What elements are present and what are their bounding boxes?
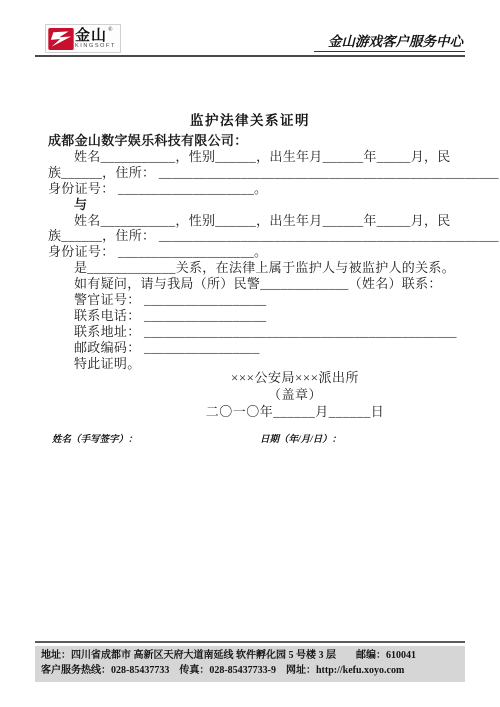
brand-name-en: KINGSOFT — [75, 44, 116, 50]
page-footer: 地址：四川省成都市 高新区天府大道南延线 软件孵化园 5 号楼 3 层 邮编：6… — [35, 641, 465, 682]
form-line: 族______，住所： ____________________________… — [48, 165, 460, 181]
form-lines: 姓名___________，性别______，出生年月______年_____月… — [48, 149, 460, 372]
form-line: 邮政编码： _________________ — [48, 340, 460, 356]
registered-trademark-symbol: ® — [108, 27, 113, 33]
form-line: 与 — [48, 197, 460, 213]
kingsoft-logo-text: 金山 ® KINGSOFT — [75, 28, 116, 50]
stamp-block: ×××公安局×××派出所 （盖章） 二〇一〇年______月______日 — [185, 369, 405, 420]
brand-name-cn: 金山 — [75, 28, 107, 43]
document-title: 监护法律关系证明 — [0, 109, 500, 129]
form-line: 姓名___________，性别______，出生年月______年_____月… — [48, 149, 460, 165]
form-line: 联系地址： __________________________________… — [48, 324, 460, 340]
service-center-title: 金山游戏客户服务中心 — [314, 30, 465, 52]
page-header: 金山 ® KINGSOFT 金山游戏客户服务中心 — [35, 22, 465, 57]
footer-address-line: 地址：四川省成都市 高新区天府大道南延线 软件孵化园 5 号楼 3 层 邮编：6… — [41, 649, 459, 664]
salutation: 成都金山数字娱乐科技有限公司： — [48, 133, 460, 149]
form-line: 警官证号： __________________ — [48, 292, 460, 308]
form-line: 族______，住所： ____________________________… — [48, 228, 460, 244]
form-line: 是_____________关系，在法律上属于监护人与被监护人的关系。 — [48, 260, 460, 276]
form-line: 身份证号： ____________________。 — [48, 181, 460, 197]
kingsoft-logo: 金山 ® KINGSOFT — [45, 24, 121, 53]
document-page: 金山 ® KINGSOFT 金山游戏客户服务中心 监护法律关系证明 成都金山数字… — [0, 0, 500, 707]
kingsoft-logo-icon — [48, 28, 74, 50]
signature-date-label: 日期（年/月/日）： — [260, 431, 341, 445]
footer-box: 地址：四川省成都市 高新区天府大道南延线 软件孵化园 5 号楼 3 层 邮编：6… — [35, 646, 465, 682]
stamp-office: ×××公安局×××派出所 — [185, 369, 405, 386]
form-line: 联系电话： __________________ — [48, 308, 460, 324]
document-content: 成都金山数字娱乐科技有限公司： 姓名___________，性别______，出… — [48, 133, 460, 372]
signature-name-label: 姓名（手写签字）： — [52, 431, 138, 445]
form-line: 姓名___________，性别______，出生年月______年_____月… — [48, 213, 460, 229]
stamp-seal-label: （盖章） — [185, 386, 405, 403]
footer-contact-line: 客户服务热线：028-85437733 传真：028-85437733-9 网址… — [41, 664, 459, 679]
stamp-date-line: 二〇一〇年______月______日 — [185, 403, 405, 420]
form-line: 身份证号： ____________________。 — [48, 244, 460, 260]
form-line: 如有疑问，请与我局（所）民警_____________（姓名）联系： — [48, 276, 460, 292]
signature-row: 姓名（手写签字）： 日期（年/月/日）： — [0, 431, 500, 445]
